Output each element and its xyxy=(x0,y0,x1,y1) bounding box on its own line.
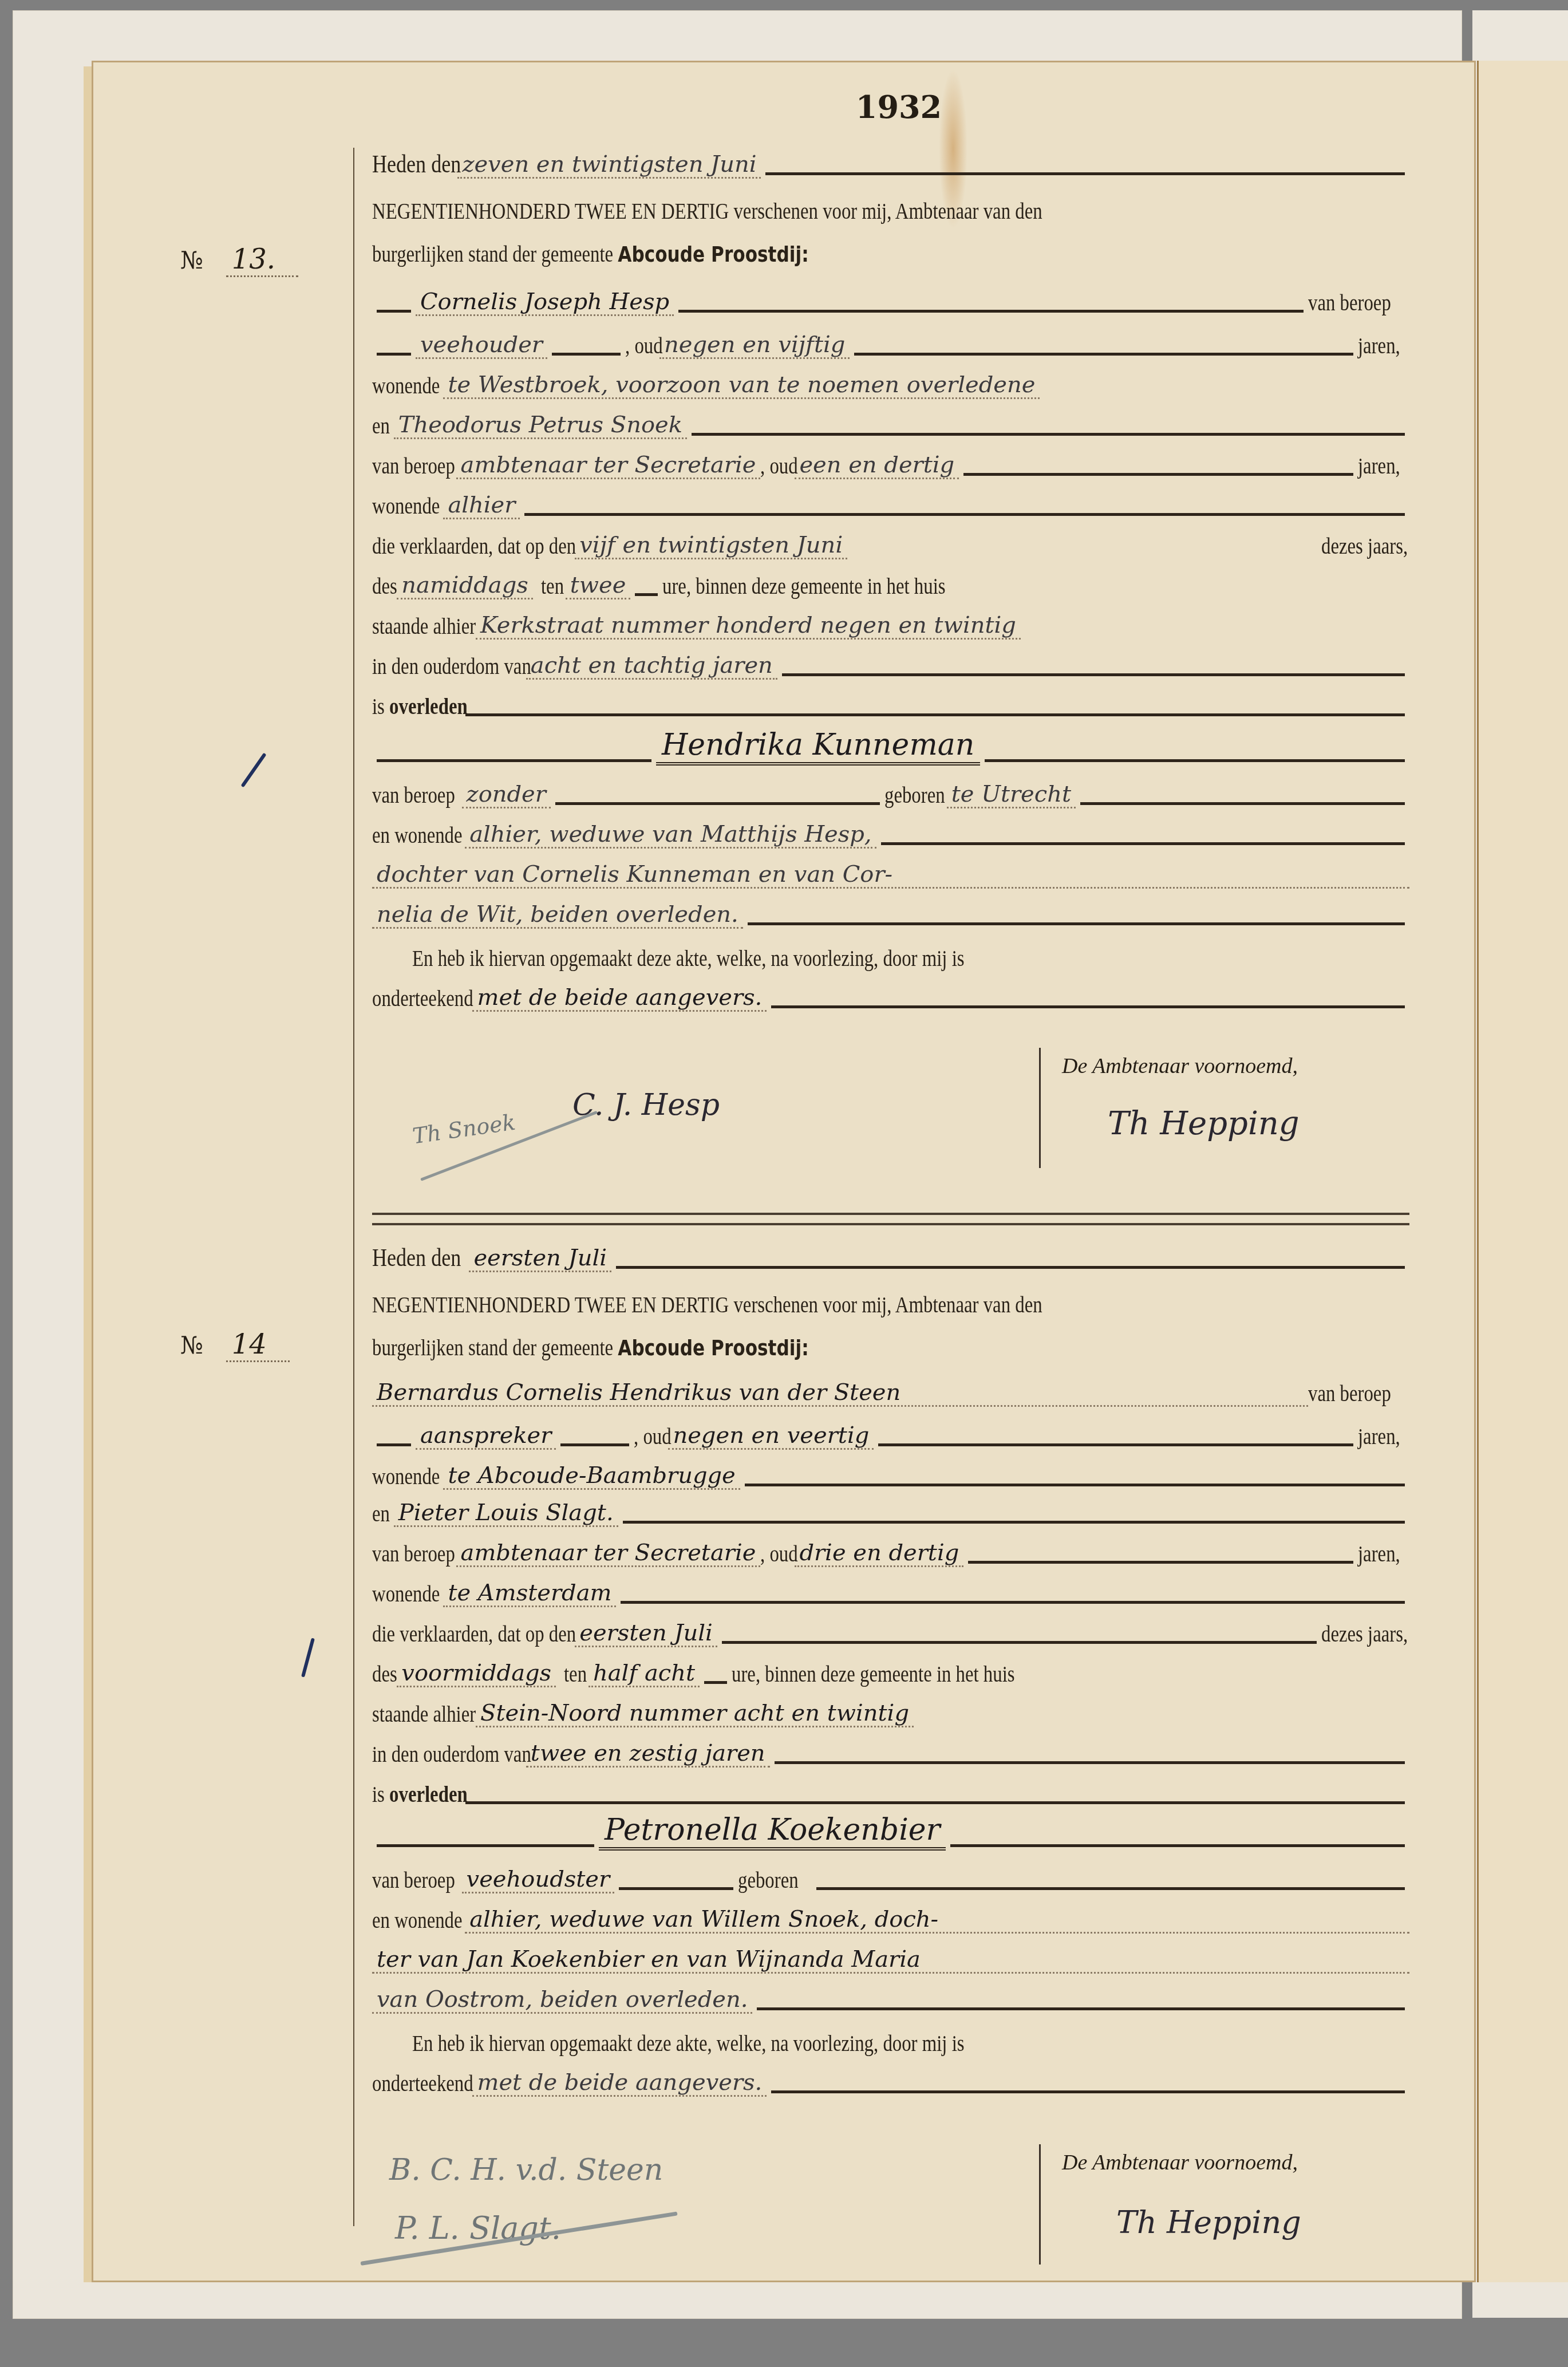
line-overleden: is overleden xyxy=(372,684,1409,720)
declarant2-occupation: ambtenaar ter Secretarie xyxy=(456,452,761,479)
line-death-date: die verklaarden, dat op den vijf en twin… xyxy=(372,524,1409,559)
line-gemeente: burgerlijken stand der gemeente Abcoude … xyxy=(372,232,1409,267)
signed-with: met de beide aangevers. xyxy=(472,985,767,1012)
line-year-words: NEGENTIENHONDERD TWEE EN DERTIG verschen… xyxy=(372,1283,1409,1318)
declarant2-name: Pieter Louis Slagt. xyxy=(394,1500,618,1527)
line-address: staande alhier Stein-Noord nummer acht e… xyxy=(372,1692,1409,1727)
gemeente-name: Abcoude Proostdij: xyxy=(618,242,808,267)
line-date: Heden den zeven en twintigsten Juni xyxy=(372,143,1409,179)
line-declarant1-residence: wonende te Abcoude-Baambrugge xyxy=(372,1454,1409,1490)
line-occupation: van beroep veehoudster geboren xyxy=(372,1858,1409,1893)
line-deceased: Petronella Koekenbier xyxy=(372,1815,1409,1851)
line-residence-2: ter van Jan Koekenbier en van Wijnanda M… xyxy=(372,1938,1409,1974)
line-residence-3: nelia de Wit, beiden overleden. xyxy=(372,893,1409,929)
line-address: staande alhier Kerkstraat nummer honderd… xyxy=(372,604,1409,640)
line-declarant1: Bernardus Cornelis Hendrikus van der Ste… xyxy=(372,1371,1409,1407)
official-title: De Ambtenaar voornoemd, xyxy=(1062,1054,1298,1079)
numero-sign: № xyxy=(180,246,203,274)
line-declarant2: en Theodorus Petrus Snoek xyxy=(372,404,1409,439)
death-date: vijf en twintigsten Juni xyxy=(575,532,847,559)
witness-signature-1: B. C. H. v.d. Steen xyxy=(389,2153,663,2187)
record-number: №13. xyxy=(180,243,298,277)
deceased-residence-1: alhier, weduwe van Willem Snoek, doch- xyxy=(465,1907,1409,1934)
line-closing: En heb ik hiervan opgemaakt deze akte, w… xyxy=(372,2021,1409,2057)
declarant2-age: een en dertig xyxy=(795,452,959,479)
line-residence-1: en wonende alhier, weduwe van Willem Sno… xyxy=(372,1898,1409,1934)
declarant1-age: negen en veertig xyxy=(668,1423,874,1450)
witness-signature-2: C. J. Hesp xyxy=(572,1088,720,1122)
line-signed: onderteekend met de beide aangevers. xyxy=(372,2061,1409,2097)
signature-brace xyxy=(1039,2144,1041,2265)
line-death-date: die verklaarden, dat op den eersten Juli… xyxy=(372,1612,1409,1647)
declarant2-age: drie en dertig xyxy=(795,1540,963,1567)
declarant1-occupation: aanspreker xyxy=(416,1423,556,1450)
declarant2-residence: te Amsterdam xyxy=(443,1580,616,1607)
line-occupation: van beroep zonder geboren te Utrecht xyxy=(372,773,1409,808)
declarant1-name: Bernardus Cornelis Hendrikus van der Ste… xyxy=(372,1380,1308,1407)
line-declarant1-residence: wonende te Westbroek, voorzoon van te no… xyxy=(372,364,1409,399)
line-declarant2-residence: wonende alhier xyxy=(372,484,1409,519)
gemeente-name: Abcoude Proostdij: xyxy=(618,1335,808,1360)
handwritten-date: zeven en twintigsten Juni xyxy=(457,152,761,179)
line-time: des namiddags ten twee ure, binnen deze … xyxy=(372,564,1409,599)
register-year: 1932 xyxy=(842,89,956,125)
deceased-residence-3: van Oostrom, beiden overleden. xyxy=(372,1987,752,2014)
line-gemeente: burgerlijken stand der gemeente Abcoude … xyxy=(372,1325,1409,1361)
time-of-day: namiddags xyxy=(397,573,533,599)
line-declarant1: Cornelis Joseph Hesp van beroep xyxy=(372,281,1409,316)
deceased-birthplace: te Utrecht xyxy=(947,782,1076,808)
line-declarant2: en Pieter Louis Slagt. xyxy=(372,1492,1409,1527)
signed-with: met de beide aangevers. xyxy=(472,2070,767,2097)
death-hour: half acht xyxy=(589,1660,700,1687)
deceased-residence-1: alhier, weduwe van Matthijs Hesp, xyxy=(465,822,876,849)
deceased-residence-3: nelia de Wit, beiden overleden. xyxy=(372,902,743,929)
official-signature: Th Hepping xyxy=(1116,2204,1301,2240)
margin-rule xyxy=(353,148,354,2226)
declarant2-residence: alhier xyxy=(443,492,520,519)
line-time: des voormiddags ten half acht ure, binne… xyxy=(372,1652,1409,1687)
line-declarant2-occupation: van beroep ambtenaar ter Secretarie , ou… xyxy=(372,1532,1409,1567)
line-declarant1-age: veehouder , oud negen en vijftig jaren, xyxy=(372,324,1409,359)
declarant1-name: Cornelis Joseph Hesp xyxy=(416,289,674,316)
time-of-day: voormiddags xyxy=(397,1660,556,1687)
adjacent-register-page xyxy=(1477,61,1568,2282)
death-hour: twee xyxy=(566,573,631,599)
line-overleden: is overleden xyxy=(372,1772,1409,1808)
death-date: eersten Juli xyxy=(575,1620,717,1647)
deceased-occupation: zonder xyxy=(462,782,551,808)
line-signed: onderteekend met de beide aangevers. xyxy=(372,976,1409,1012)
line-declarant1-age: aanspreker , oud negen en veertig jaren, xyxy=(372,1414,1409,1450)
record-number: №14 xyxy=(180,1328,290,1362)
line-date: Heden den eersten Juli xyxy=(372,1237,1409,1272)
declarant1-residence: te Abcoude-Baambrugge xyxy=(443,1463,740,1490)
death-address: Stein-Noord nummer acht en twintig xyxy=(476,1701,914,1727)
deceased-residence-2: ter van Jan Koekenbier en van Wijnanda M… xyxy=(372,1947,1409,1974)
line-closing: En heb ik hiervan opgemaakt deze akte, w… xyxy=(372,936,1409,972)
line-year-words: NEGENTIENHONDERD TWEE EN DERTIG verschen… xyxy=(372,189,1409,224)
deceased-occupation: veehoudster xyxy=(462,1867,615,1893)
line-residence-2: dochter van Cornelis Kunneman en van Cor… xyxy=(372,853,1409,889)
age-at-death: twee en zestig jaren xyxy=(526,1741,770,1768)
record-separator xyxy=(372,1213,1409,1225)
deceased-name: Hendrika Kunneman xyxy=(656,728,980,766)
line-deceased: Hendrika Kunneman xyxy=(372,730,1409,766)
declarant2-occupation: ambtenaar ter Secretarie xyxy=(456,1540,761,1567)
line-declarant2-occupation: van beroep ambtenaar ter Secretarie , ou… xyxy=(372,444,1409,479)
declarant1-residence: te Westbroek, voorzoon van te noemen ove… xyxy=(443,372,1040,399)
line-residence-3: van Oostrom, beiden overleden. xyxy=(372,1978,1409,2014)
line-age: in den ouderdom van twee en zestig jaren xyxy=(372,1732,1409,1768)
death-address: Kerkstraat nummer honderd negen en twint… xyxy=(476,613,1021,640)
line-declarant2-residence: wonende te Amsterdam xyxy=(372,1572,1409,1607)
line-residence-1: en wonende alhier, weduwe van Matthijs H… xyxy=(372,813,1409,849)
deceased-residence-2: dochter van Cornelis Kunneman en van Cor… xyxy=(372,862,1409,889)
official-title: De Ambtenaar voornoemd, xyxy=(1062,2150,1298,2175)
numero-sign: № xyxy=(180,1331,203,1359)
declarant2-name: Theodorus Petrus Snoek xyxy=(394,412,687,439)
deceased-name: Petronella Koekenbier xyxy=(599,1813,946,1851)
witness-signature-2: P. L. Slagt. xyxy=(395,2210,561,2246)
age-at-death: acht en tachtig jaren xyxy=(526,653,777,680)
official-signature: Th Hepping xyxy=(1108,1105,1300,1142)
signature-brace xyxy=(1039,1048,1041,1168)
declarant1-age: negen en vijftig xyxy=(659,332,850,359)
line-age: in den ouderdom van acht en tachtig jare… xyxy=(372,644,1409,680)
declarant1-occupation: veehouder xyxy=(416,332,547,359)
handwritten-date: eersten Juli xyxy=(469,1245,611,1272)
